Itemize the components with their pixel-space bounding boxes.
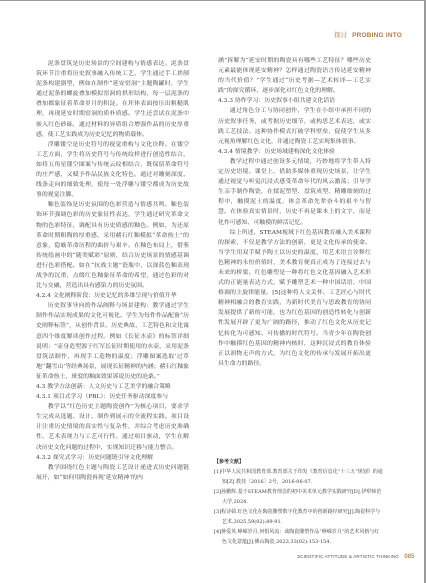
section-heading: 4.3 教学方法创新：人文历史与工艺美学的融合策略 (36, 382, 189, 392)
section-heading: 4.2.4 文化阐释阶段：历史记忆的多维呈现与价值升华 (36, 291, 189, 301)
paragraph: 釉色装饰是历史氛围的色彩营造与情感共鸣。釉色装饰环节强调色彩的历史象征性表达，学… (36, 200, 189, 291)
running-footer: SCIENTIFIC ATTITUDE & ARTISTIC THINKING … (297, 554, 415, 560)
right-column: 涵”拆解为“延安时期的陶瓷具有哪些工艺特征？哪些历史元素最能体现延安精神？怎样通… (218, 56, 371, 369)
section-label-en: PROBING INTO (352, 32, 402, 39)
section-label-cn: 探讨 (334, 31, 347, 39)
paragraph: 泥条盘筑是历史场景的空间建构与情感表达。泥条盘筑环节注重将历史叙事融入传统工艺，… (36, 59, 189, 140)
paragraph: 教学围绕红色主题与陶瓷工艺设计递进式历史问题链展开，如“如何用陶瓷再现‘延安精神… (36, 463, 189, 483)
paragraph: 浮雕镂空是历史符号的视觉重构与文化诠释。在镂空工艺方面，学生将历史符号与传统纹样… (36, 140, 189, 201)
reference-item: [2]孙鹏辉.基于STEAM教育理念的初中美术单元教学实践研究[D].伊犁师范大… (214, 487, 384, 507)
left-column: 泥条盘筑是历史场景的空间建构与情感表达。泥条盘筑环节注重将历史叙事融入传统工艺，… (36, 59, 189, 483)
paragraph: 教学以“红色历史主题陶瓷创作”为核心项目，要求学生完成从选题、设计、制作到展示的… (36, 402, 189, 452)
reference-item: [4]蒋爱英.峥嵘岁月,何惧风流：谈陶瓷雕塑作品“峥嵘岁月”的艺术风格与红色文化… (214, 527, 384, 547)
references: 【参考文献】 [1]中华人民共和国教育部.教育部关于印发《教育信息化“十三五”规… (214, 457, 384, 547)
paragraph: 历史叙事导向的作品阐释与场景建构：教学通过学生制作作品实现成果的文化可视化。学生… (36, 301, 189, 382)
section-heading: 4.3.3 协作学习：历史叙事小组共建文化话语 (218, 96, 371, 106)
paragraph-continued: 涵”拆解为“延安时期的陶瓷具有哪些工艺特征？哪些历史元素最能体现延安精神？怎样通… (218, 56, 371, 96)
paragraph: 教学过程中通过创设多元情境，巧妙地将学生带入特定历史语境。课堂上，借助多媒体重现… (218, 157, 371, 228)
paragraph: 通过角色分工与协同创作，学生在小组中承担不同的历史叙事任务，或考据历史细节，或构… (218, 106, 371, 146)
reference-item: [3]程诗婧.红色文化在陶瓷雕塑数字化教育中的创新路径研究[J].陶瓷科学与艺术… (214, 507, 384, 527)
section-heading: 4.3.1 项目式学习（PBL）：历史任务驱动深度参与 (36, 392, 189, 402)
journal-name: SCIENTIFIC ATTITUDE & ARTISTIC THINKING (297, 554, 399, 559)
references-title: 【参考文献】 (214, 457, 384, 467)
section-heading: 4.3.2 探究式学习：历史问题链引导文化理解 (36, 453, 189, 463)
running-header: 探讨 PROBING INTO (334, 30, 402, 39)
reference-item: [1]中华人民共和国教育部.教育部关于印发《教育信息化“十三五”规划》的通知[Z… (214, 467, 384, 487)
journal-page: 探讨 PROBING INTO 泥条盘筑是历史场景的空间建构与情感表达。泥条盘筑… (0, 0, 426, 583)
page-number: 085 (404, 554, 414, 560)
section-heading: 4.3.4 情境教学：历史场域建构深化文化体验 (218, 147, 371, 157)
paragraph: 综上所述，STEAM视域下红色基因教育融入美术课程的探索，不仅是教学方法的创新，… (218, 228, 371, 369)
